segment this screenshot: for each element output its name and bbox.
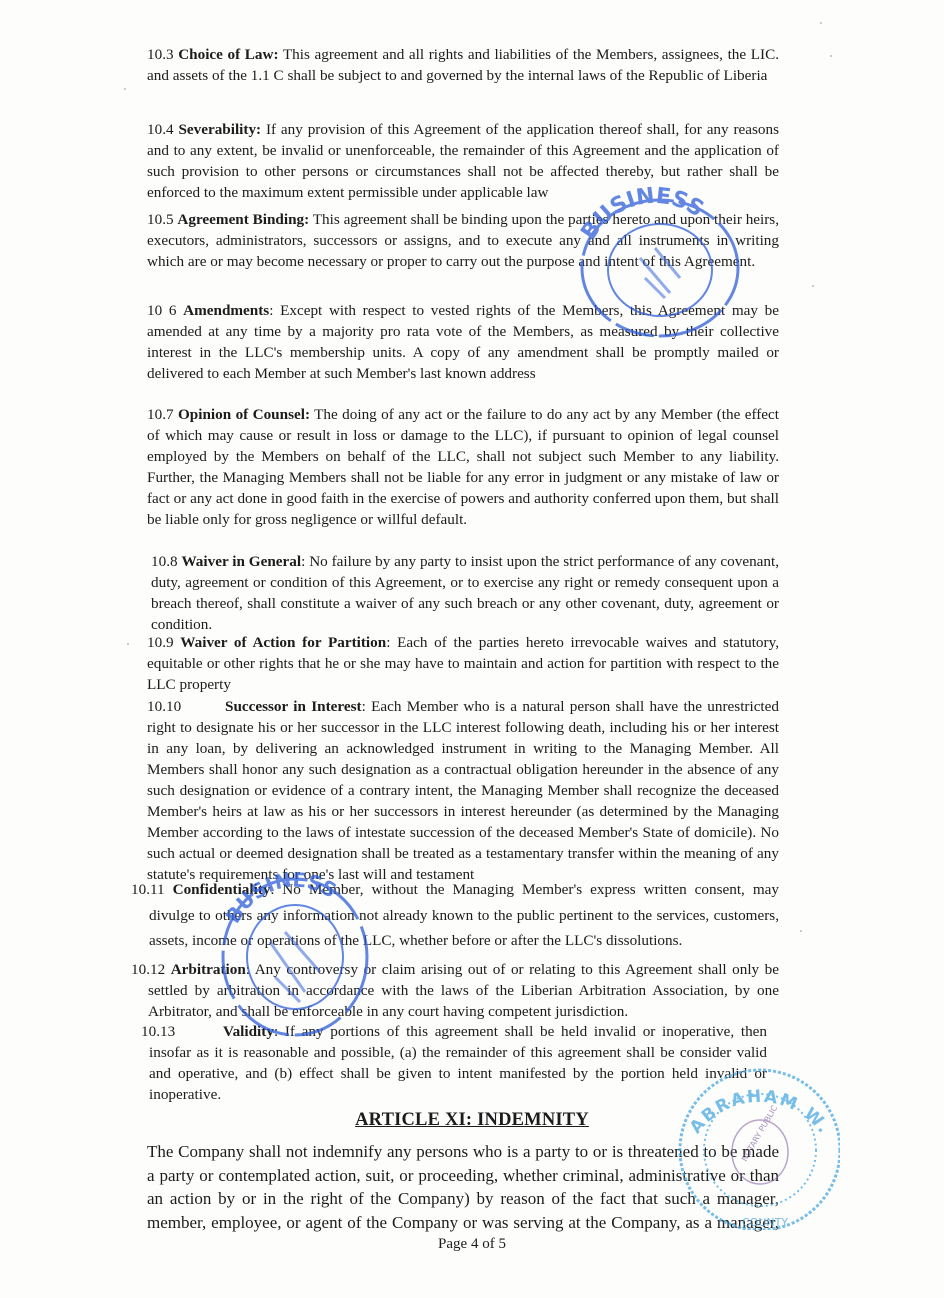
section-title: Successor in Interest xyxy=(225,698,362,715)
section-number: 10.8 xyxy=(151,553,178,570)
document-page: 10.3 Choice of Law: This agreement and a… xyxy=(0,0,944,1298)
section-title: Arbitration xyxy=(171,961,246,978)
section-number: 10.12 xyxy=(131,961,165,978)
section-title: Confidentiality xyxy=(173,881,271,898)
section-number: 10.10 xyxy=(147,696,225,717)
article-heading: ARTICLE XI: INDEMNITY xyxy=(0,1110,944,1131)
section-10-4: 10.4 Severability: If any provision of t… xyxy=(147,119,779,203)
section-title: Waiver of Action for Partition xyxy=(180,634,386,651)
section-title: Waiver in General xyxy=(181,553,301,570)
page-number: Page 4 of 5 xyxy=(0,1236,944,1253)
section-10-11: 10.11 Confidentiality. No Member, withou… xyxy=(131,877,779,954)
section-10-8: 10.8 Waiver in General: No failure by an… xyxy=(147,551,779,635)
scan-speck xyxy=(800,930,802,932)
section-title: Validity xyxy=(223,1023,274,1040)
section-10-6: 10 6 Amendments: Except with respect to … xyxy=(147,300,779,384)
section-10-12: 10.12 Arbitration: Any controversy or cl… xyxy=(131,959,779,1022)
section-title: Agreement Binding: xyxy=(177,211,309,228)
section-title: Opinion of Counsel: xyxy=(178,406,310,423)
article-body: The Company shall not indemnify any pers… xyxy=(147,1140,779,1234)
section-number: 10.4 xyxy=(147,121,174,138)
section-10-13: 10.13Validity: If any portions of this a… xyxy=(137,1021,767,1105)
section-number: 10.13 xyxy=(145,1021,223,1042)
scan-speck xyxy=(812,285,814,287)
section-number: 10.9 xyxy=(147,634,174,651)
section-10-9: 10.9 Waiver of Action for Partition: Eac… xyxy=(143,632,779,695)
section-title: Amendments xyxy=(183,302,269,319)
section-10-3: 10.3 Choice of Law: This agreement and a… xyxy=(147,44,779,86)
scan-speck xyxy=(127,643,129,645)
section-number: 10.3 xyxy=(147,46,174,63)
section-text: : Each Member who is a natural person sh… xyxy=(147,698,779,883)
section-number: 10.7 xyxy=(147,406,174,423)
section-title: Severability: xyxy=(178,121,261,138)
section-10-7: 10.7 Opinion of Counsel: The doing of an… xyxy=(147,404,779,530)
section-title: Choice of Law: xyxy=(178,46,278,63)
scan-speck xyxy=(124,88,126,90)
section-number: 10 6 xyxy=(147,302,176,319)
scan-speck xyxy=(820,22,822,24)
section-number: 10.5 xyxy=(147,211,174,228)
section-10-10: 10.10Successor in Interest: Each Member … xyxy=(147,696,779,885)
section-text: The doing of any act or the failure to d… xyxy=(147,406,779,528)
scan-speck xyxy=(830,55,832,57)
section-10-5: 10.5 Agreement Binding: This agreement s… xyxy=(147,209,779,272)
section-number: 10.11 xyxy=(131,881,165,898)
